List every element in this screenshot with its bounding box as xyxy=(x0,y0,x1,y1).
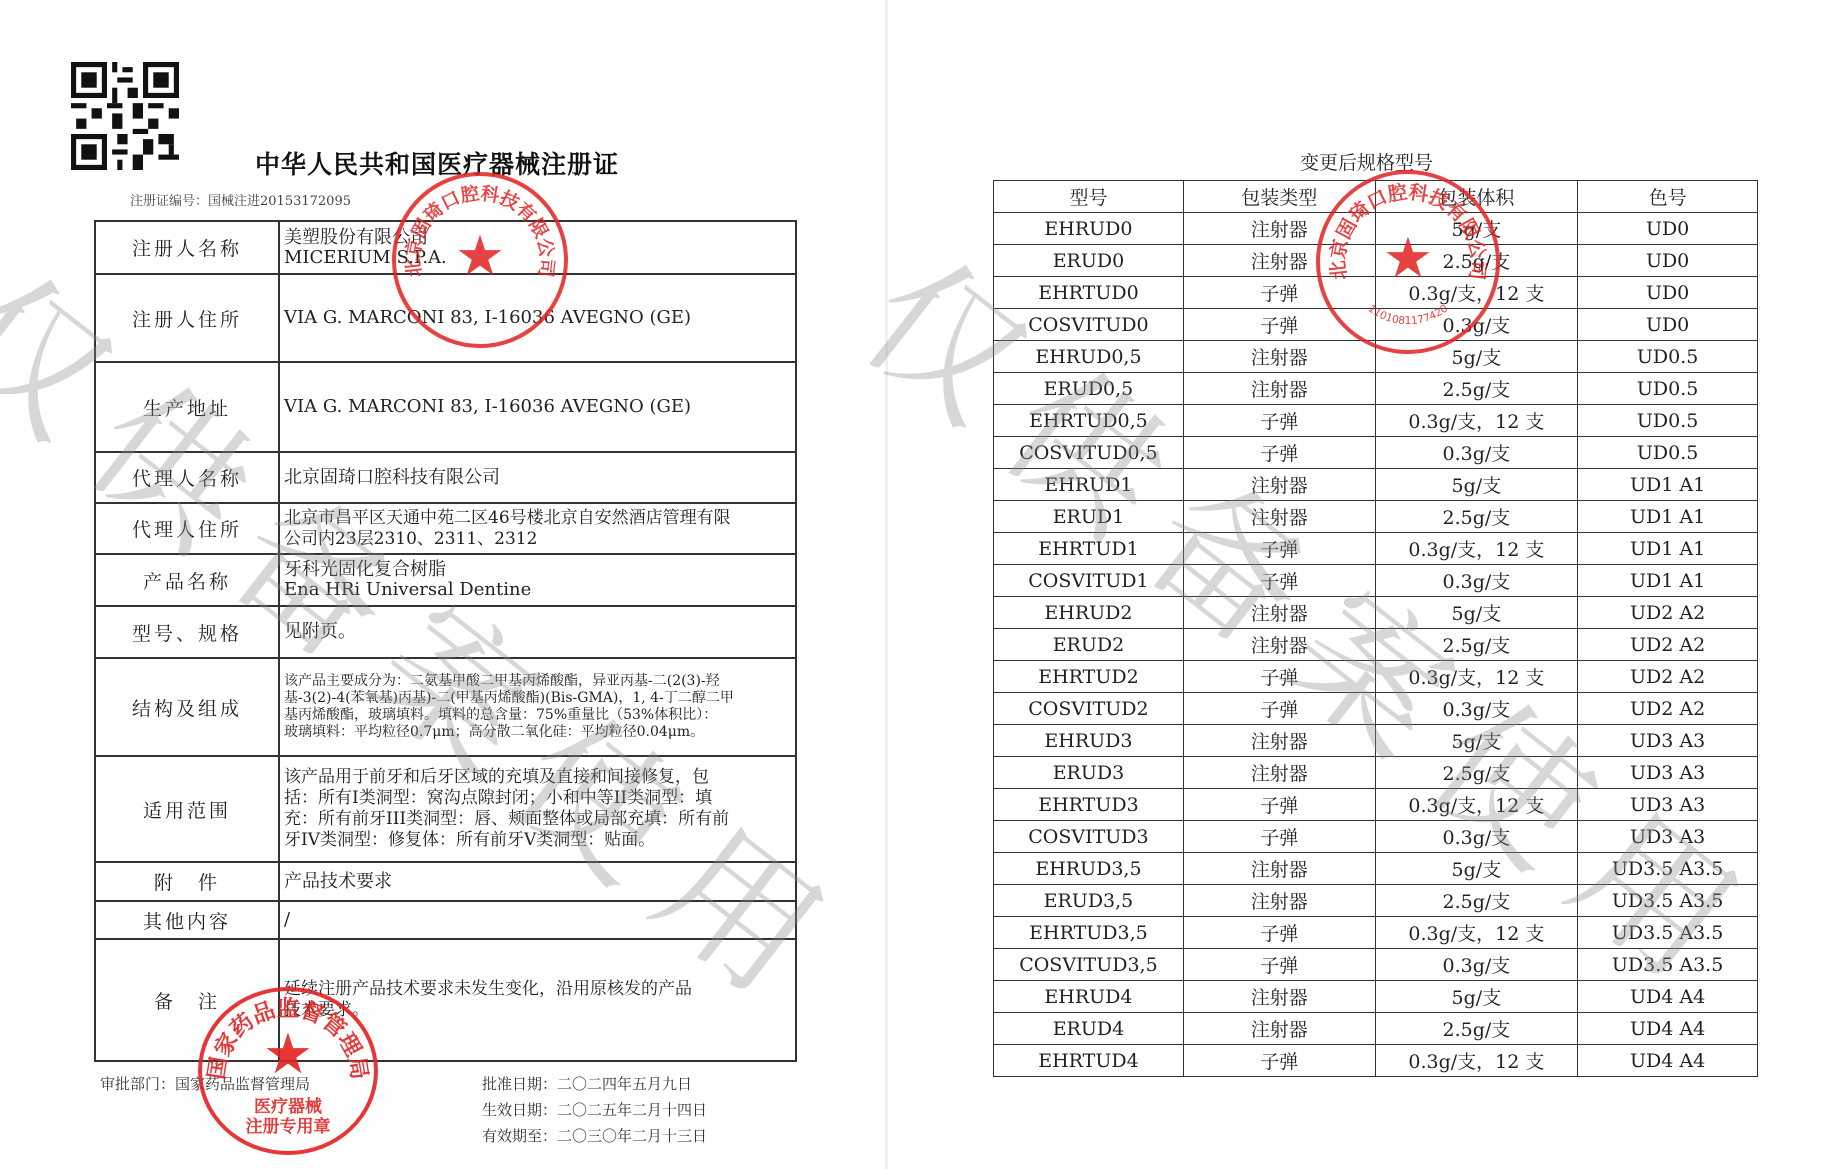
field-label: 适用范围 xyxy=(95,756,279,862)
table-cell: EHRUD2 xyxy=(994,597,1184,629)
table-row: 型号、规格见附页。 xyxy=(95,606,796,658)
table-cell: COSVITUD2 xyxy=(994,693,1184,725)
table-row: COSVITUD0,5子弹0.3g/支UD0.5 xyxy=(994,437,1758,469)
table-row: EHRTUD0,5子弹0.3g/支，12 支UD0.5 xyxy=(994,405,1758,437)
field-value: 产品技术要求 xyxy=(279,862,796,901)
table-cell: 0.3g/支，12 支 xyxy=(1375,661,1578,693)
table-row: COSVITUD1子弹0.3g/支UD1 A1 xyxy=(994,565,1758,597)
field-label: 其他内容 xyxy=(95,901,279,939)
column-header: 型号 xyxy=(994,181,1184,213)
table-cell: EHRUD3,5 xyxy=(994,853,1184,885)
table-cell: UD2 A2 xyxy=(1578,661,1758,693)
table-cell: 5g/支 xyxy=(1375,853,1578,885)
table-row: EHRTUD2子弹0.3g/支，12 支UD2 A2 xyxy=(994,661,1758,693)
table-cell: UD0 xyxy=(1578,277,1758,309)
table-cell: EHRTUD3,5 xyxy=(994,917,1184,949)
field-value: 该产品主要成分为：二氨基甲酸二甲基丙烯酸酯，异亚丙基-二(2(3)-羟基-3(2… xyxy=(279,658,796,756)
table-cell: 0.3g/支，12 支 xyxy=(1375,405,1578,437)
table-cell: EHRTUD3 xyxy=(994,789,1184,821)
table-cell: UD3.5 A3.5 xyxy=(1578,853,1758,885)
field-label: 代理人名称 xyxy=(95,452,279,503)
table-cell: UD2 A2 xyxy=(1578,693,1758,725)
table-cell: ERUD0,5 xyxy=(994,373,1184,405)
table-cell: UD3.5 A3.5 xyxy=(1578,949,1758,981)
table-cell: 子弹 xyxy=(1183,565,1375,597)
table-cell: EHRTUD4 xyxy=(994,1045,1184,1077)
table-row: EHRUD2注射器5g/支UD2 A2 xyxy=(994,597,1758,629)
field-value: 北京市昌平区天通中苑二区46号楼北京自安然酒店管理有限公司内23层2310、23… xyxy=(279,503,796,554)
table-cell: UD3 A3 xyxy=(1578,789,1758,821)
table-cell: COSVITUD0,5 xyxy=(994,437,1184,469)
field-label: 生产地址 xyxy=(95,362,279,452)
table-row: EHRUD1注射器5g/支UD1 A1 xyxy=(994,469,1758,501)
table-row: EHRUD3,5注射器5g/支UD3.5 A3.5 xyxy=(994,853,1758,885)
table-row: ERUD3,5注射器2.5g/支UD3.5 A3.5 xyxy=(994,885,1758,917)
table-cell: 子弹 xyxy=(1183,405,1375,437)
table-cell: 0.3g/支，12 支 xyxy=(1375,1045,1578,1077)
table-cell: 2.5g/支 xyxy=(1375,885,1578,917)
table-cell: UD1 A1 xyxy=(1578,533,1758,565)
table-cell: EHRUD4 xyxy=(994,981,1184,1013)
table-cell: 子弹 xyxy=(1183,437,1375,469)
table-cell: UD0.5 xyxy=(1578,341,1758,373)
table-cell: 子弹 xyxy=(1183,917,1375,949)
approval-dates: 批准日期：二〇二四年五月九日 生效日期：二〇二五年二月十四日 有效期至：二〇三〇… xyxy=(482,1071,707,1149)
table-cell: UD3 A3 xyxy=(1578,725,1758,757)
table-cell: UD0.5 xyxy=(1578,373,1758,405)
table-cell: UD3.5 A3.5 xyxy=(1578,885,1758,917)
table-row: EHRUD4注射器5g/支UD4 A4 xyxy=(994,981,1758,1013)
table-cell: UD1 A1 xyxy=(1578,565,1758,597)
table-row: ERUD2注射器2.5g/支UD2 A2 xyxy=(994,629,1758,661)
table-cell: 5g/支 xyxy=(1375,981,1578,1013)
table-cell: UD1 A1 xyxy=(1578,469,1758,501)
table-row: EHRTUD4子弹0.3g/支，12 支UD4 A4 xyxy=(994,1045,1758,1077)
qr-code-icon xyxy=(70,62,180,170)
certificate-page: 中华人民共和国医疗器械注册证 注册证编号：国械注进20153172095 注册人… xyxy=(0,0,885,1169)
table-row: 代理人名称北京固琦口腔科技有限公司 xyxy=(95,452,796,503)
table-cell: 0.3g/支 xyxy=(1375,821,1578,853)
table-cell: EHRTUD0,5 xyxy=(994,405,1184,437)
table-cell: 0.3g/支，12 支 xyxy=(1375,917,1578,949)
field-value: VIA G. MARCONI 83, I-16036 AVEGNO (GE) xyxy=(279,362,796,452)
table-cell: 2.5g/支 xyxy=(1375,757,1578,789)
table-cell: UD0 xyxy=(1578,213,1758,245)
table-cell: EHRUD3 xyxy=(994,725,1184,757)
table-row: ERUD4注射器2.5g/支UD4 A4 xyxy=(994,1013,1758,1045)
table-row: 产品名称牙科光固化复合树脂Ena HRi Universal Dentine xyxy=(95,554,796,606)
certificate-table: 注册人名称美塑股份有限公司MICERIUM S.P.A.注册人住所VIA G. … xyxy=(94,220,797,1062)
table-row: 备 注延续注册产品技术要求未发生变化，沿用原核发的产品技术要求。 xyxy=(95,939,796,1061)
expiry-date: 有效期至：二〇三〇年二月十三日 xyxy=(482,1123,707,1149)
table-cell: EHRTUD2 xyxy=(994,661,1184,693)
table-row: 生产地址VIA G. MARCONI 83, I-16036 AVEGNO (G… xyxy=(95,362,796,452)
table-cell: 注射器 xyxy=(1183,629,1375,661)
field-label: 代理人住所 xyxy=(95,503,279,554)
table-cell: ERUD4 xyxy=(994,1013,1184,1045)
table-cell: 0.3g/支 xyxy=(1375,437,1578,469)
table-row: ERUD3注射器2.5g/支UD3 A3 xyxy=(994,757,1758,789)
table-cell: EHRTUD0 xyxy=(994,277,1184,309)
table-cell: UD2 A2 xyxy=(1578,597,1758,629)
table-cell: COSVITUD0 xyxy=(994,309,1184,341)
table-cell: 0.3g/支 xyxy=(1375,949,1578,981)
table-cell: 注射器 xyxy=(1183,373,1375,405)
table-cell: 0.3g/支 xyxy=(1375,565,1578,597)
table-cell: EHRUD1 xyxy=(994,469,1184,501)
table-cell: UD0.5 xyxy=(1578,405,1758,437)
table-row: EHRTUD3,5子弹0.3g/支，12 支UD3.5 A3.5 xyxy=(994,917,1758,949)
company-seal-stamp: 北京固琦口腔科技有限公司 ★ xyxy=(392,172,568,348)
table-cell: EHRTUD1 xyxy=(994,533,1184,565)
table-cell: 注射器 xyxy=(1183,885,1375,917)
company-seal-stamp: 北京固琦口腔科技有限公司 1101081177420 ★ xyxy=(1316,170,1500,354)
table-cell: COSVITUD3,5 xyxy=(994,949,1184,981)
table-row: 代理人住所北京市昌平区天通中苑二区46号楼北京自安然酒店管理有限公司内23层23… xyxy=(95,503,796,554)
table-cell: UD0 xyxy=(1578,245,1758,277)
seal-center-text: 医疗器械 注册专用章 xyxy=(202,1097,374,1137)
column-header: 色号 xyxy=(1578,181,1758,213)
table-cell: COSVITUD1 xyxy=(994,565,1184,597)
table-cell: 2.5g/支 xyxy=(1375,629,1578,661)
table-cell: EHRUD0 xyxy=(994,213,1184,245)
field-value: / xyxy=(279,901,796,939)
table-row: 结构及组成该产品主要成分为：二氨基甲酸二甲基丙烯酸酯，异亚丙基-二(2(3)-羟… xyxy=(95,658,796,756)
svg-text:1101081177420: 1101081177420 xyxy=(1366,302,1451,327)
table-cell: UD4 A4 xyxy=(1578,1045,1758,1077)
table-cell: UD0 xyxy=(1578,309,1758,341)
table-cell: UD2 A2 xyxy=(1578,629,1758,661)
table-cell: 子弹 xyxy=(1183,949,1375,981)
table-cell: ERUD0 xyxy=(994,245,1184,277)
star-icon: ★ xyxy=(455,229,505,285)
table-row: COSVITUD3,5子弹0.3g/支UD3.5 A3.5 xyxy=(994,949,1758,981)
table-row: ERUD0,5注射器2.5g/支UD0.5 xyxy=(994,373,1758,405)
table-cell: UD3.5 A3.5 xyxy=(1578,917,1758,949)
star-icon: ★ xyxy=(263,1027,313,1083)
table-cell: EHRUD0,5 xyxy=(994,341,1184,373)
table-cell: 子弹 xyxy=(1183,821,1375,853)
table-row: COSVITUD3子弹0.3g/支UD3 A3 xyxy=(994,821,1758,853)
table-cell: UD0.5 xyxy=(1578,437,1758,469)
table-row: EHRTUD3子弹0.3g/支，12 支UD3 A3 xyxy=(994,789,1758,821)
table-row: COSVITUD2子弹0.3g/支UD2 A2 xyxy=(994,693,1758,725)
table-cell: COSVITUD3 xyxy=(994,821,1184,853)
field-value: 北京固琦口腔科技有限公司 xyxy=(279,452,796,503)
table-cell: 5g/支 xyxy=(1375,597,1578,629)
table-cell: 注射器 xyxy=(1183,853,1375,885)
table-cell: 注射器 xyxy=(1183,725,1375,757)
effective-date: 生效日期：二〇二五年二月十四日 xyxy=(482,1097,707,1123)
table-cell: 注射器 xyxy=(1183,1013,1375,1045)
table-cell: 5g/支 xyxy=(1375,725,1578,757)
field-label: 注册人名称 xyxy=(95,221,279,274)
field-label: 注册人住所 xyxy=(95,274,279,362)
field-label: 产品名称 xyxy=(95,554,279,606)
table-cell: 2.5g/支 xyxy=(1375,373,1578,405)
field-value: 牙科光固化复合树脂Ena HRi Universal Dentine xyxy=(279,554,796,606)
table-cell: 0.3g/支，12 支 xyxy=(1375,533,1578,565)
table-cell: ERUD2 xyxy=(994,629,1184,661)
field-label: 附 件 xyxy=(95,862,279,901)
table-cell: 子弹 xyxy=(1183,661,1375,693)
table-cell: ERUD3,5 xyxy=(994,885,1184,917)
table-cell: 2.5g/支 xyxy=(1375,501,1578,533)
table-cell: UD3 A3 xyxy=(1578,821,1758,853)
table-cell: UD3 A3 xyxy=(1578,757,1758,789)
table-cell: 注射器 xyxy=(1183,757,1375,789)
field-label: 结构及组成 xyxy=(95,658,279,756)
table-row: 适用范围该产品用于前牙和后牙区域的充填及直接和间接修复，包括：所有I类洞型：窝沟… xyxy=(95,756,796,862)
table-cell: 子弹 xyxy=(1183,1045,1375,1077)
table-cell: 5g/支 xyxy=(1375,469,1578,501)
attachment-page: 变更后规格型号 型号包装类型包装体积色号 EHRUD0注射器5g/支UD0ERU… xyxy=(888,0,1844,1169)
table-cell: 注射器 xyxy=(1183,981,1375,1013)
approval-date: 批准日期：二〇二四年五月九日 xyxy=(482,1071,707,1097)
table-cell: ERUD3 xyxy=(994,757,1184,789)
table-row: ERUD1注射器2.5g/支UD1 A1 xyxy=(994,501,1758,533)
table-cell: 子弹 xyxy=(1183,789,1375,821)
nmpa-seal-stamp: 国家药品监督管理局 ★ 医疗器械 注册专用章 xyxy=(198,987,378,1155)
star-icon: ★ xyxy=(1383,231,1433,287)
field-label: 型号、规格 xyxy=(95,606,279,658)
table-cell: 0.3g/支 xyxy=(1375,693,1578,725)
table-cell: 注射器 xyxy=(1183,469,1375,501)
table-cell: 注射器 xyxy=(1183,597,1375,629)
table-row: EHRUD3注射器5g/支UD3 A3 xyxy=(994,725,1758,757)
field-value: 该产品用于前牙和后牙区域的充填及直接和间接修复，包括：所有I类洞型：窝沟点隙封闭… xyxy=(279,756,796,862)
table-row: EHRTUD1子弹0.3g/支，12 支UD1 A1 xyxy=(994,533,1758,565)
table-row: 附 件产品技术要求 xyxy=(95,862,796,901)
registration-number: 注册证编号：国械注进20153172095 xyxy=(130,190,351,209)
table-cell: 0.3g/支，12 支 xyxy=(1375,789,1578,821)
table-cell: UD4 A4 xyxy=(1578,1013,1758,1045)
table-cell: UD4 A4 xyxy=(1578,981,1758,1013)
table-cell: 子弹 xyxy=(1183,693,1375,725)
field-value: 见附页。 xyxy=(279,606,796,658)
table-cell: 子弹 xyxy=(1183,533,1375,565)
table-cell: 注射器 xyxy=(1183,501,1375,533)
table-cell: 2.5g/支 xyxy=(1375,1013,1578,1045)
table-row: 其他内容/ xyxy=(95,901,796,939)
table-cell: UD1 A1 xyxy=(1578,501,1758,533)
table-cell: ERUD1 xyxy=(994,501,1184,533)
